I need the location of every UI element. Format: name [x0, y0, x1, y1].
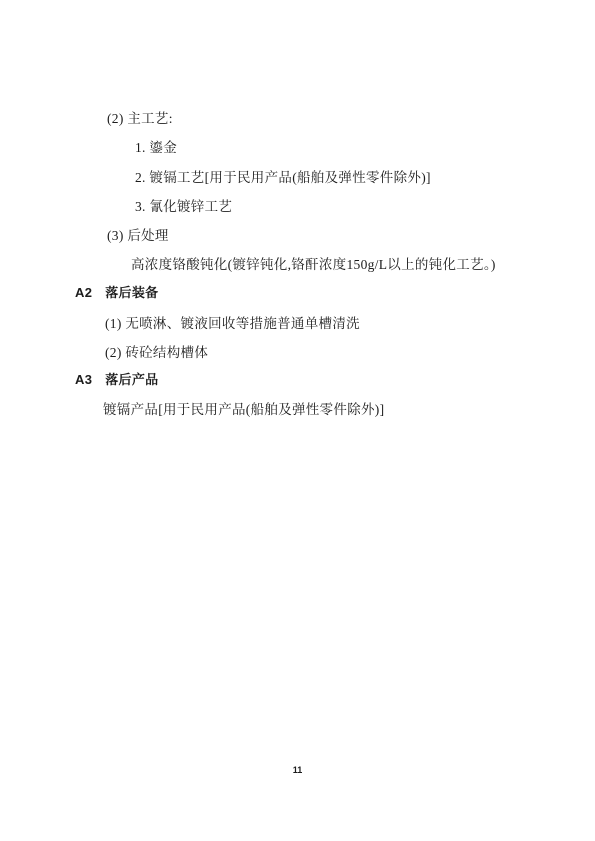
section-title-a3: 落后产品	[105, 372, 158, 387]
list-item-single-tank-rinsing: (1) 无喷淋、镀液回收等措施普通单槽清洗	[105, 316, 360, 332]
section-id-a3: A3	[75, 373, 92, 388]
list-item-cyanide-zinc-plating-process: 3. 氰化镀锌工艺	[135, 199, 232, 215]
section-heading-a2: A2落后装备	[75, 286, 158, 301]
section-heading-a3: A3落后产品	[75, 373, 158, 388]
list-item-cadmium-plating-process: 2. 镀镉工艺[用于民用产品(船舶及弹性零件除外)]	[135, 170, 431, 186]
page-number: 11	[0, 766, 595, 775]
heading-main-process: (2) 主工艺:	[107, 111, 173, 127]
list-item-brick-concrete-tank: (2) 砖砼结构槽体	[105, 345, 208, 361]
section-id-a2: A2	[75, 286, 92, 301]
paragraph-cadmium-plated-products: 镀镉产品[用于民用产品(船舶及弹性零件除外)]	[103, 402, 384, 418]
section-title-a2: 落后装备	[105, 285, 158, 300]
document-page: (2) 主工艺: 1. 鎏金 2. 镀镉工艺[用于民用产品(船舶及弹性零件除外)…	[0, 0, 595, 841]
paragraph-chromic-acid-passivation: 高浓度铬酸钝化(镀锌钝化,铬酐浓度150g/L以上的钝化工艺。)	[131, 257, 496, 273]
heading-post-treatment: (3) 后处理	[107, 228, 169, 244]
list-item-gilding: 1. 鎏金	[135, 140, 177, 156]
